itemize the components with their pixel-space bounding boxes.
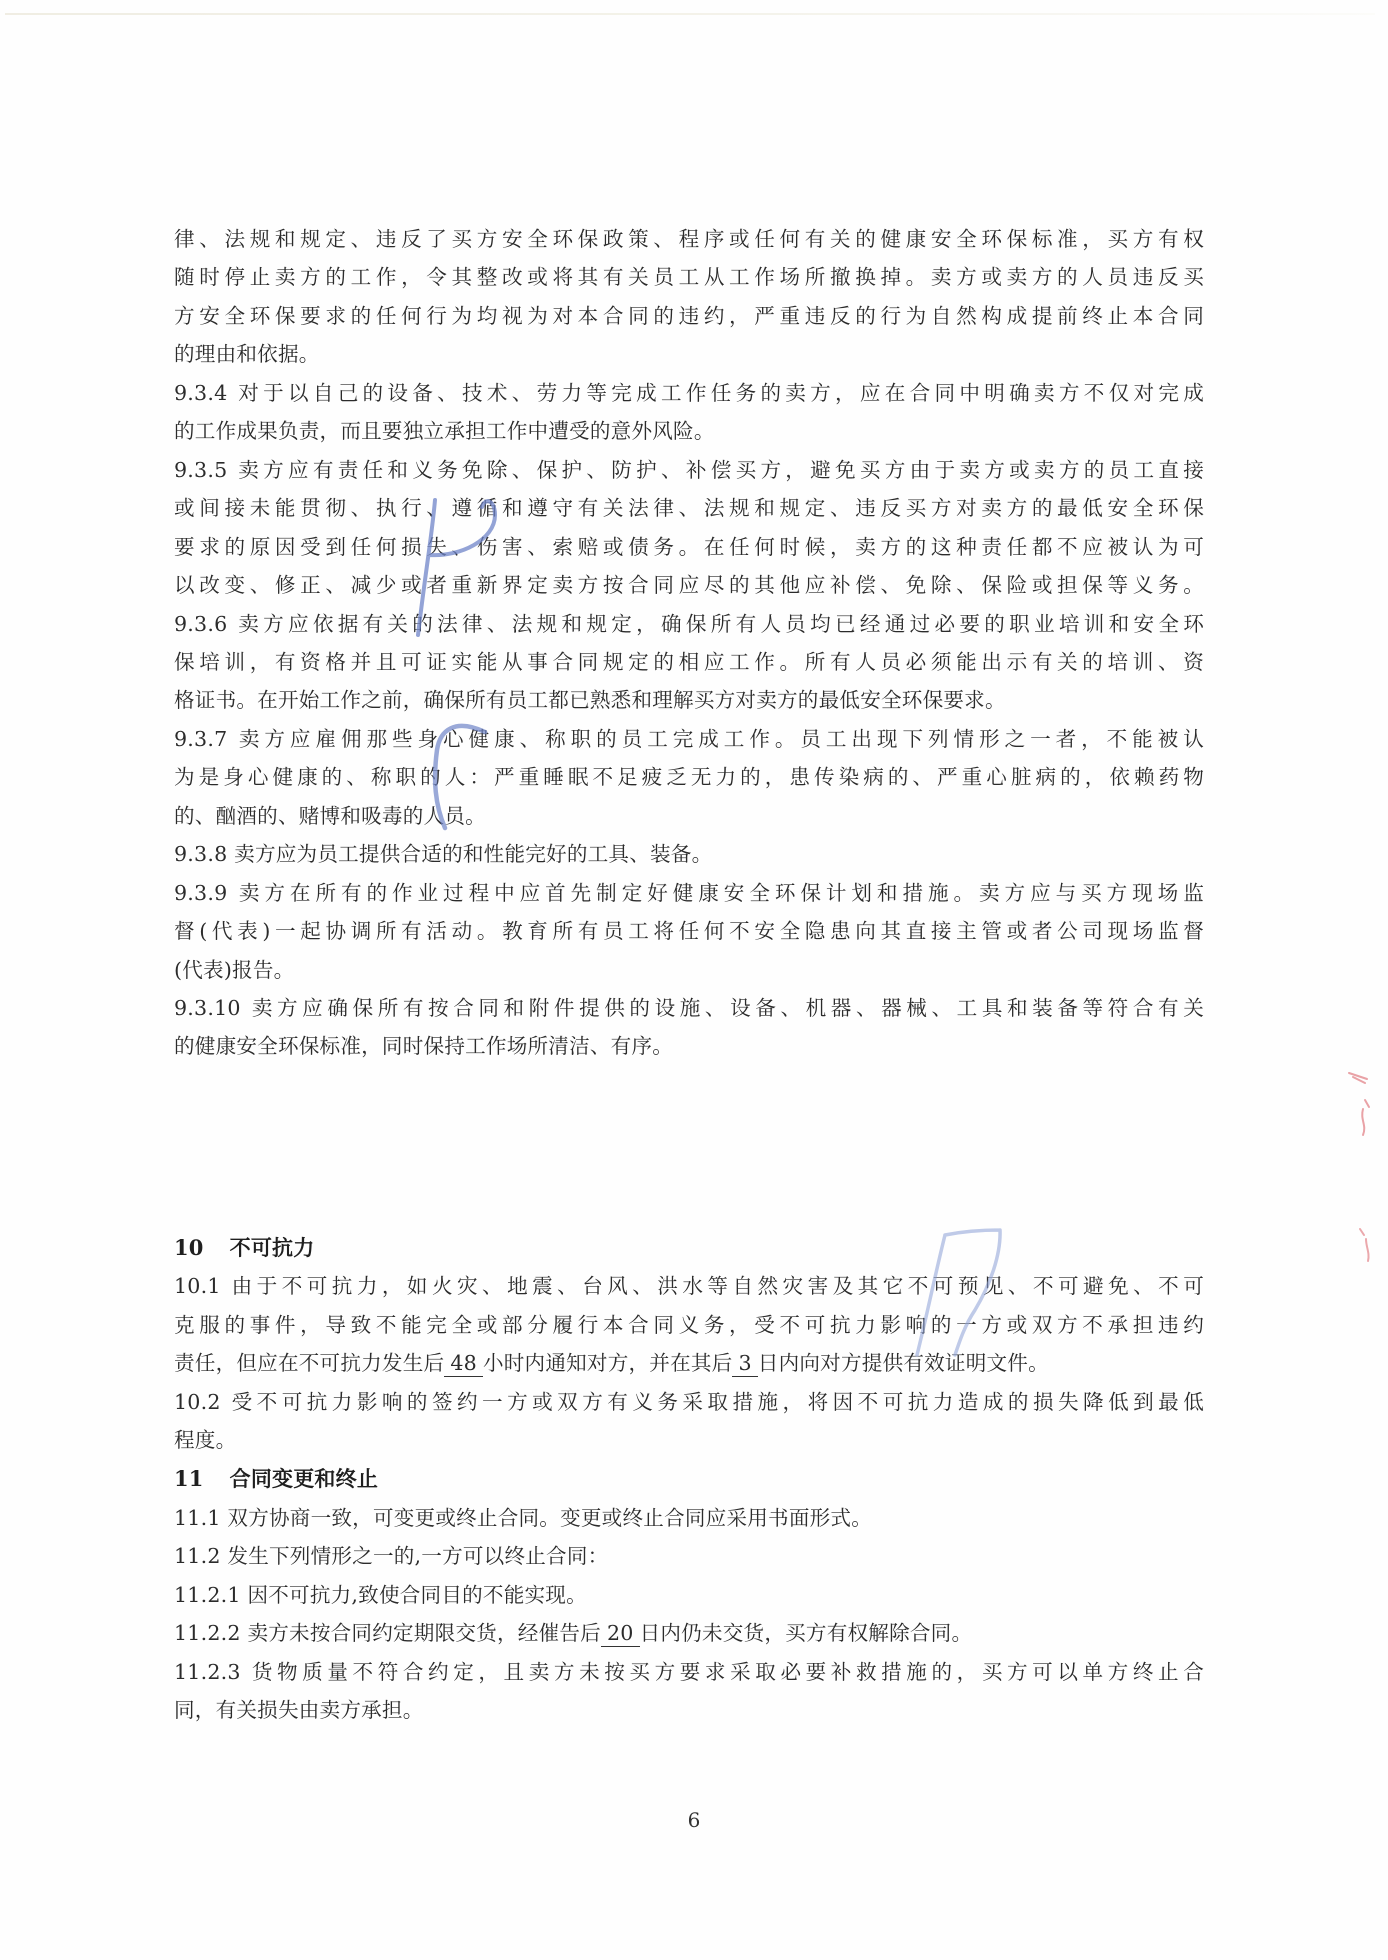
clause-10-2-line-1: 10.2 受不可抗力影响的签约一方或双方有义务采取措施，将因不可抗力造成的损失降…	[174, 1383, 1204, 1421]
paragraph-line: 督(代表)一起协调所有活动。教育所有员工将任何不安全隐患向其直接主管或者公司现场…	[174, 912, 1204, 950]
section-heading-11: 11合同变更和终止	[174, 1460, 378, 1498]
paragraph-line: 9.3.8 卖方应为员工提供合适的和性能完好的工具、装备。	[174, 835, 712, 873]
clause-11-2-3-line-2: 同，有关损失由卖方承担。	[174, 1691, 424, 1729]
section-title: 合同变更和终止	[230, 1466, 378, 1491]
clause-text: 日内仍未交货，买方有权解除合同。	[640, 1621, 973, 1645]
clause-10-1-line-2: 克服的事件，导致不能完全或部分履行本合同义务，受不可抗力影响的一方或双方不承担违…	[174, 1306, 1204, 1344]
clause-10-2-line-2: 程度。	[174, 1421, 236, 1459]
section-number: 11	[174, 1466, 204, 1491]
paragraph-line: 为是身心健康的、称职的人：严重睡眠不足疲乏无力的，患传染病的、严重心脏病的，依赖…	[174, 758, 1204, 796]
paragraph-line: 要求的原因受到任何损失、伤害、索赔或债务。在任何时候，卖方的这种责任都不应被认为…	[174, 528, 1204, 566]
paragraph-line: (代表)报告。	[174, 951, 294, 989]
clause-11-2-1: 11.2.1 因不可抗力,致使合同目的不能实现。	[174, 1576, 587, 1614]
page-number: 6	[0, 1808, 1388, 1832]
seal-fragment-lower	[1350, 1225, 1380, 1265]
clause-11-2: 11.2 发生下列情形之一的,一方可以终止合同：	[174, 1537, 608, 1575]
paragraph-line: 格证书。在开始工作之前，确保所有员工都已熟悉和理解买方对卖方的最低安全环保要求。	[174, 681, 1006, 719]
paragraph-line: 方安全环保要求的任何行为均视为对本合同的违约，严重违反的行为自然构成提前终止本合…	[174, 297, 1204, 335]
paragraph-line: 随时停止卖方的工作，令其整改或将其有关员工从工作场所撤换掉。卖方或卖方的人员违反…	[174, 258, 1204, 296]
clause-text: 日内向对方提供有效证明文件。	[758, 1351, 1049, 1375]
paragraph-line: 的工作成果负责，而且要独立承担工作中遭受的意外风险。	[174, 412, 715, 450]
paragraph-line: 以改变、修正、减少或者重新界定卖方按合同应尽的其他应补偿、免除、保险或担保等义务…	[174, 566, 1204, 604]
proof-days-value: 3	[732, 1350, 757, 1377]
clause-11-2-3-line-1: 11.2.3 货物质量不符合约定，且卖方未按买方要求采取必要补救措施的，买方可以…	[174, 1653, 1204, 1691]
section-title: 不可抗力	[230, 1235, 315, 1260]
paragraph-line: 9.3.4 对于以自己的设备、技术、劳力等完成工作任务的卖方，应在合同中明确卖方…	[174, 374, 1204, 412]
paragraph-line: 的健康安全环保标准，同时保持工作场所清洁、有序。	[174, 1027, 673, 1065]
clause-text: 小时内通知对方，并在其后	[483, 1351, 733, 1375]
clause-10-1-line-3: 责任，但应在不可抗力发生后48小时内通知对方，并在其后3日内向对方提供有效证明文…	[174, 1344, 1049, 1382]
scan-top-edge	[5, 13, 1375, 15]
paragraph-line: 9.3.9 卖方在所有的作业过程中应首先制定好健康安全环保计划和措施。卖方应与买…	[174, 874, 1204, 912]
clause-10-1-line-1: 10.1 由于不可抗力，如火灾、地震、台风、洪水等自然灾害及其它不可预见、不可避…	[174, 1267, 1204, 1305]
paragraph-line: 9.3.10 卖方应确保所有按合同和附件提供的设施、设备、机器、器械、工具和装备…	[174, 989, 1204, 1027]
clause-text: 11.2.2 卖方未按合同约定期限交货，经催告后	[174, 1621, 601, 1645]
clause-11-2-2: 11.2.2 卖方未按合同约定期限交货，经催告后20日内仍未交货，买方有权解除合…	[174, 1614, 972, 1652]
section-heading-10: 10不可抗力	[174, 1229, 314, 1267]
notice-hours-value: 48	[444, 1350, 483, 1377]
paragraph-line: 9.3.5 卖方应有责任和义务免除、保护、防护、补偿买方，避免买方由于卖方或卖方…	[174, 451, 1204, 489]
paragraph-line: 或间接未能贯彻、执行、遵循和遵守有关法律、法规和规定、违反买方对卖方的最低安全环…	[174, 489, 1204, 527]
seal-fragment-upper	[1345, 1065, 1385, 1145]
section-number: 10	[174, 1235, 204, 1260]
paragraph-line: 保培训，有资格并且可证实能从事合同规定的相应工作。所有人员必须能出示有关的培训、…	[174, 643, 1204, 681]
paragraph-line: 9.3.7 卖方应雇佣那些身心健康、称职的员工完成工作。员工出现下列情形之一者，…	[174, 720, 1204, 758]
document-page: 律、法规和规定、违反了买方安全环保政策、程序或任何有关的健康安全环保标准，买方有…	[0, 0, 1388, 1960]
paragraph-line: 律、法规和规定、违反了买方安全环保政策、程序或任何有关的健康安全环保标准，买方有…	[174, 220, 1204, 258]
delivery-grace-days-value: 20	[601, 1620, 640, 1647]
clause-text: 责任，但应在不可抗力发生后	[174, 1351, 444, 1375]
paragraph-line: 的、酗酒的、赌博和吸毒的人员。	[174, 797, 486, 835]
paragraph-line: 9.3.6 卖方应依据有关的法律、法规和规定，确保所有人员均已经通过必要的职业培…	[174, 605, 1204, 643]
paragraph-line: 的理由和依据。	[174, 335, 320, 373]
clause-11-1: 11.1 双方协商一致，可变更或终止合同。变更或终止合同应采用书面形式。	[174, 1499, 872, 1537]
